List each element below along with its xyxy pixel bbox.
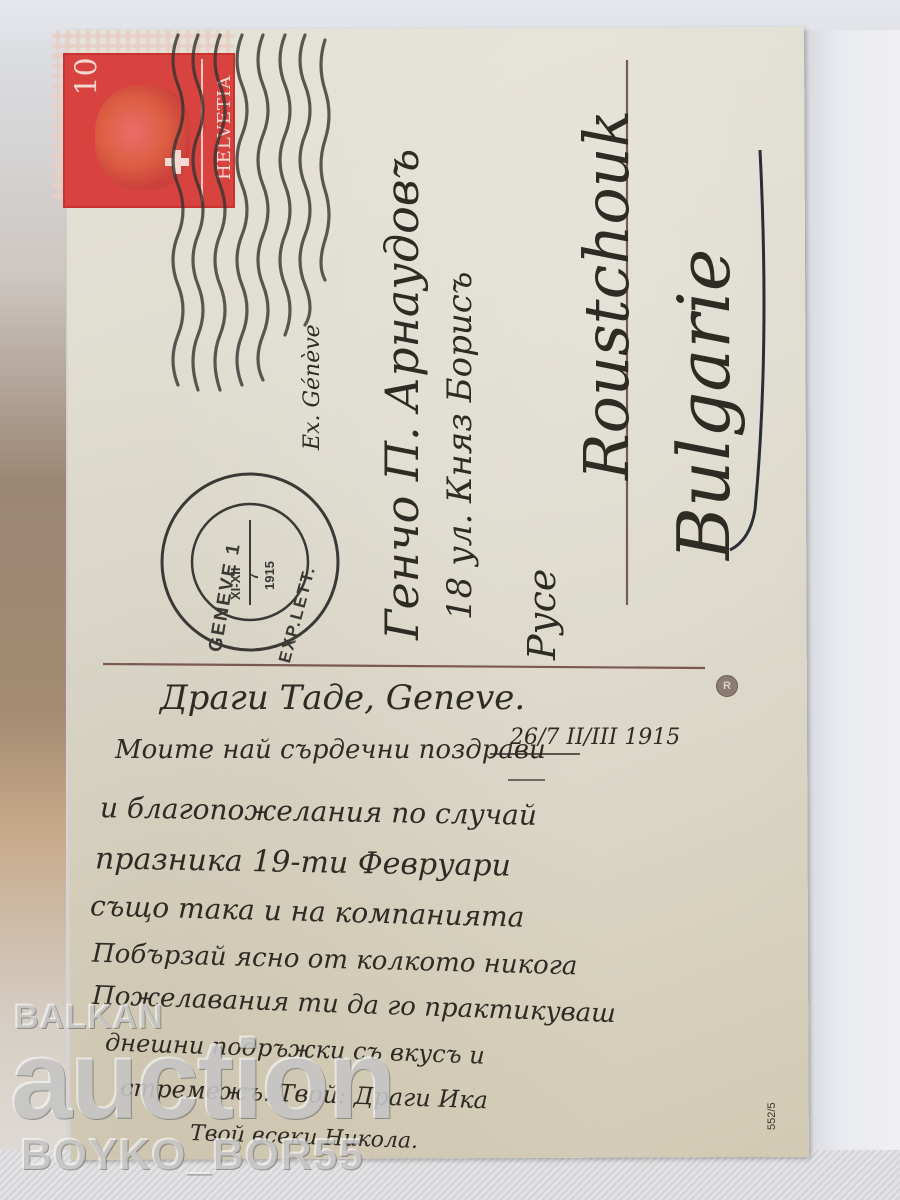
postmark-date: XI-XII xyxy=(228,567,243,600)
watermark-auction: auction xyxy=(10,1015,394,1144)
watermark-username: BOYKO_BOR55 xyxy=(20,1130,364,1180)
print-code: 552/5 xyxy=(766,1102,778,1130)
message-greeting: Драги Таде, Geneve. xyxy=(160,678,525,718)
address-line-street: 18 ул. Княз Борисъ xyxy=(440,272,480,620)
address-city-latin: Roustchouk xyxy=(570,110,643,480)
address-line-city-cyrillic: Русе xyxy=(520,569,564,660)
geneve-postmark xyxy=(162,474,338,650)
postmark-day: 7 xyxy=(246,573,261,580)
message-line: Моите най сърдечни поздрави xyxy=(115,735,546,765)
message-line: празника 19-ти Февруари xyxy=(95,841,512,883)
message-divider xyxy=(103,664,705,668)
postmark-year: 1915 xyxy=(262,561,277,590)
address-sender-note: Ex. Génève xyxy=(300,324,325,450)
address-country-latin: Bulgarie xyxy=(662,249,746,560)
address-line-name: Генчо П. Арнаудовъ xyxy=(375,149,429,640)
publisher-logo-icon: R xyxy=(716,675,738,697)
